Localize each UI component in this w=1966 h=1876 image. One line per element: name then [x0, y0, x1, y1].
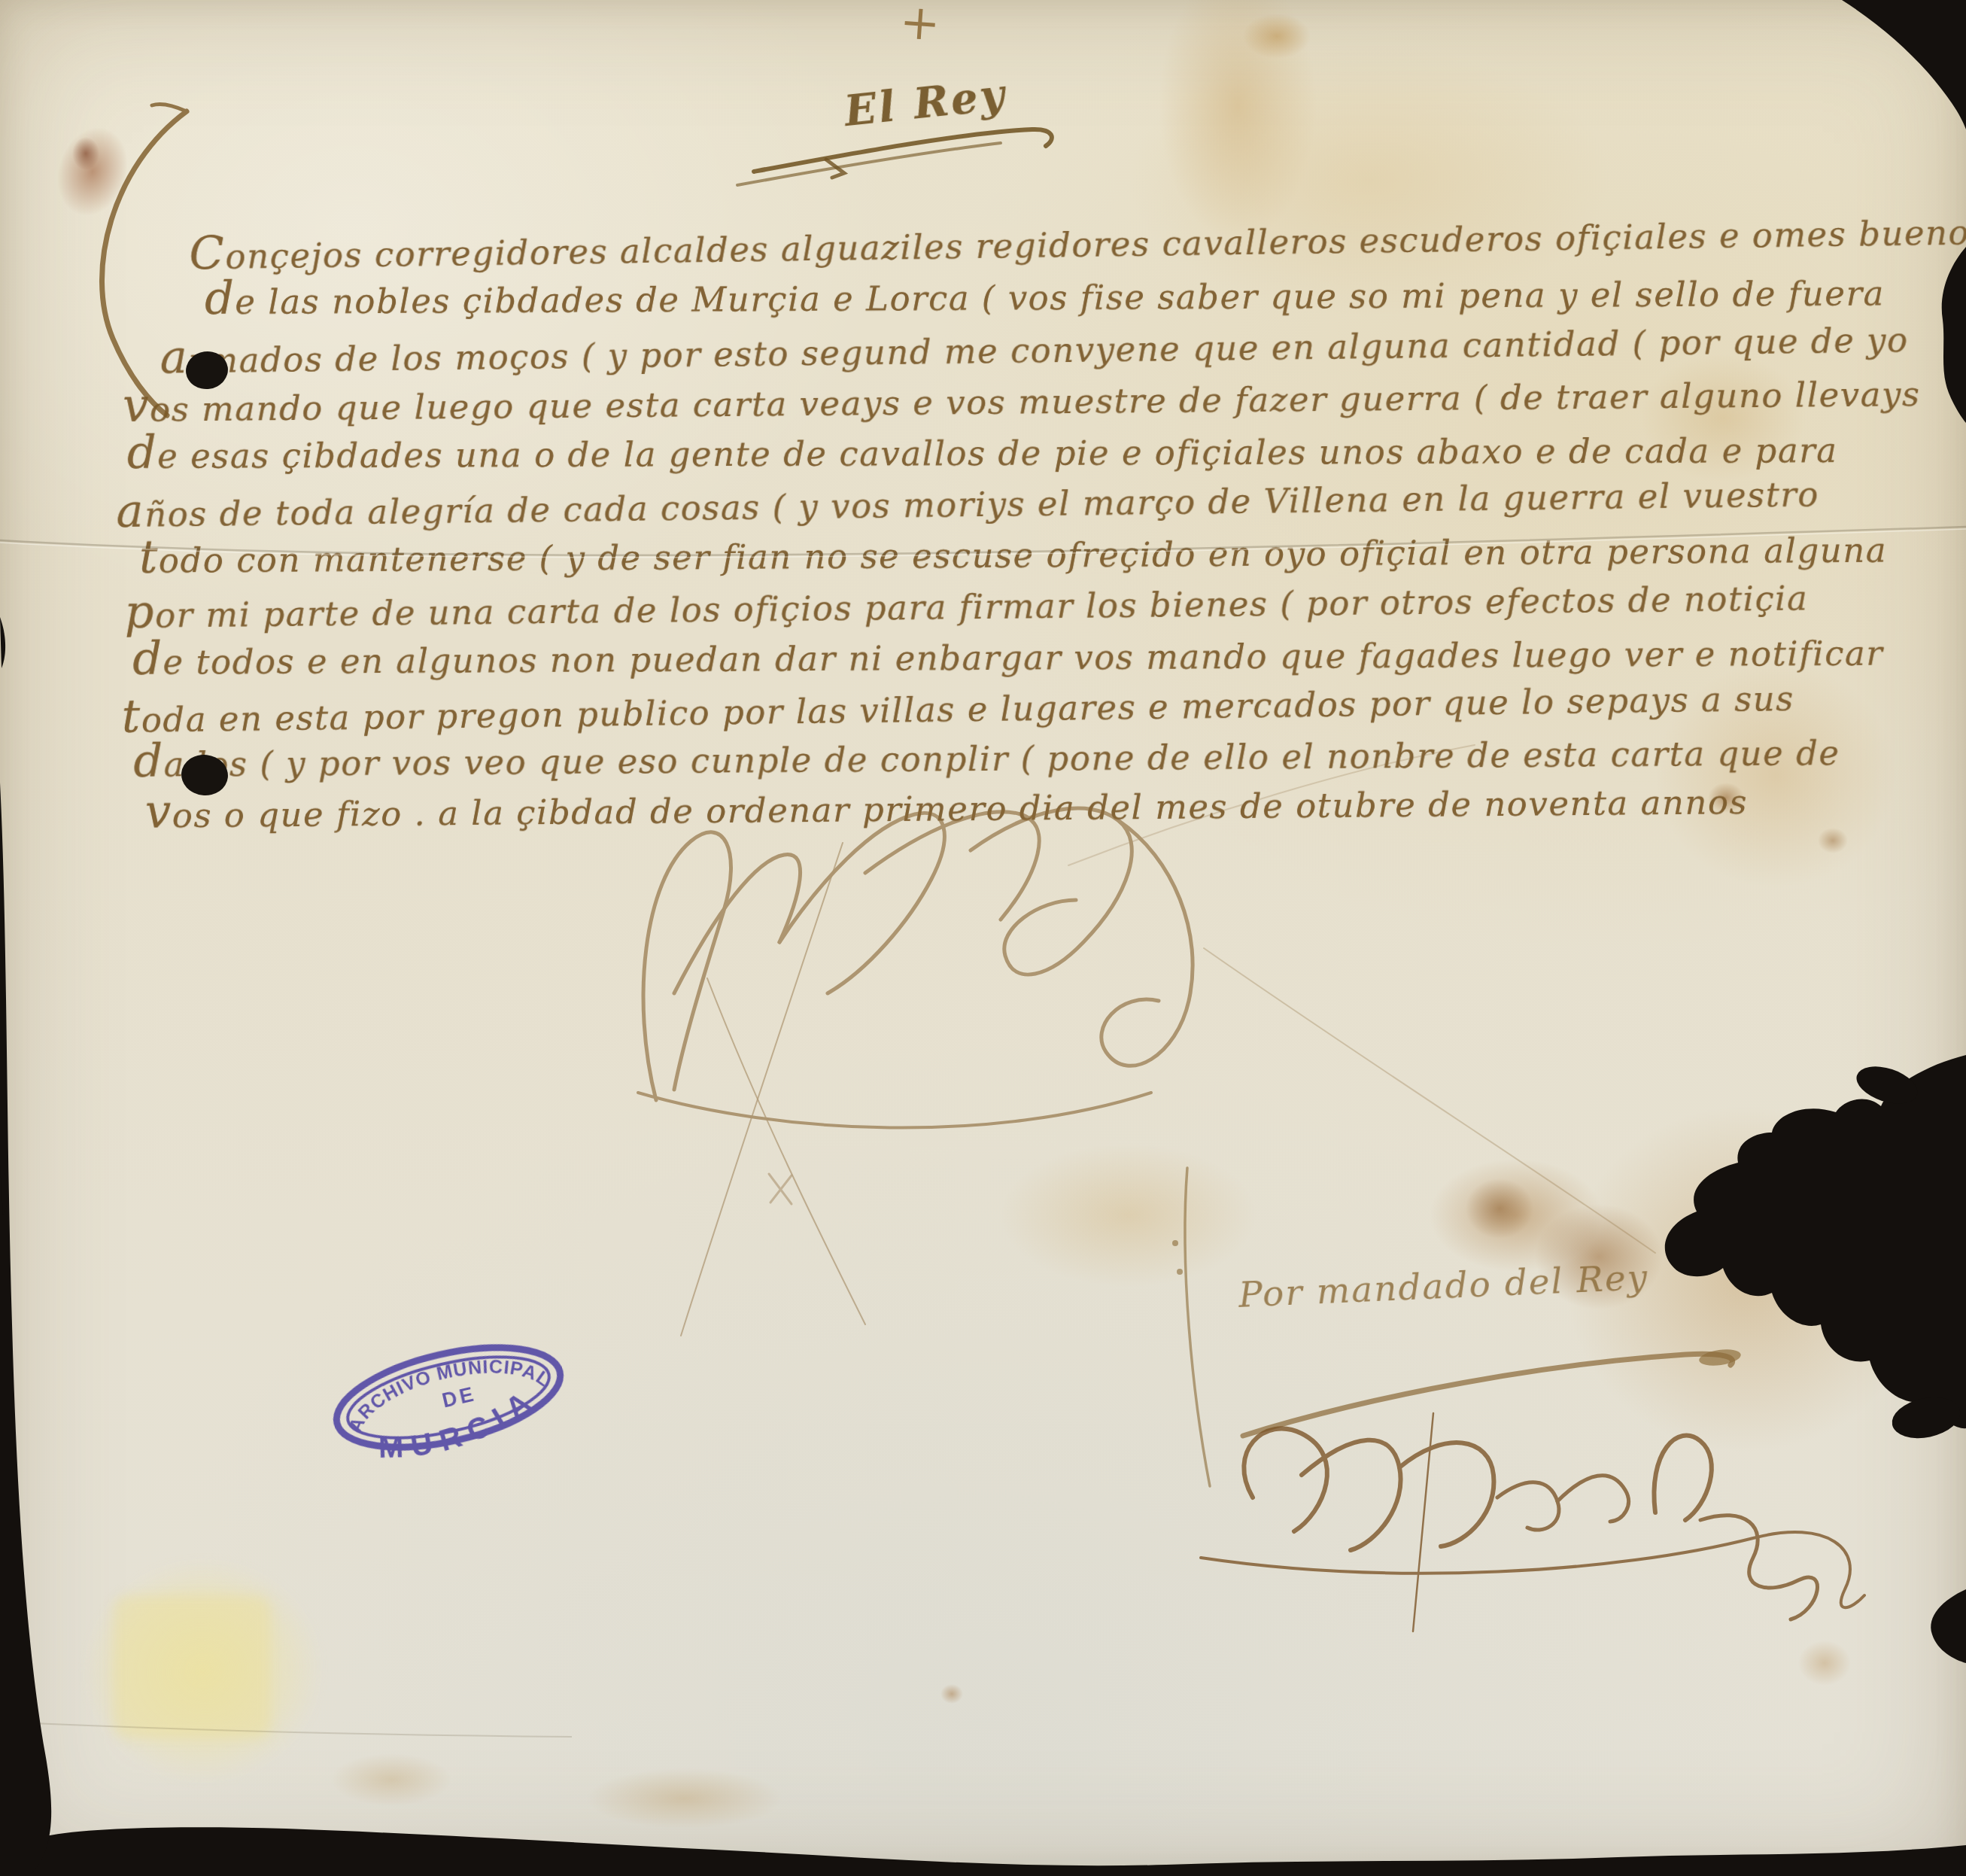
el-rey-flourish	[737, 129, 1052, 185]
scanned-manuscript-page: { "header": { "cross": "+", "title": "El…	[0, 0, 1966, 1876]
royal-signature-rubric	[638, 745, 1655, 1336]
left-edge	[0, 783, 51, 1876]
stamp-text-de: DE	[440, 1382, 479, 1412]
top-right-corner-tear	[1842, 0, 1966, 129]
archive-stamp: ARCHIVO MUNICIPAL DE MURCIA	[327, 1329, 573, 1479]
large-torn-hole	[1665, 1055, 1966, 1428]
right-edge-notch-upper	[1942, 247, 1966, 423]
secretary-signature	[1201, 1413, 1864, 1631]
ink-overlay: ARCHIVO MUNICIPAL DE MURCIA	[0, 0, 1966, 1876]
torn-edges	[0, 0, 1966, 1876]
address-bracket	[102, 104, 187, 415]
punch-holes	[179, 348, 230, 798]
right-edge-notch-lower	[1931, 1589, 1966, 1663]
bottom-edge	[0, 1827, 1966, 1876]
